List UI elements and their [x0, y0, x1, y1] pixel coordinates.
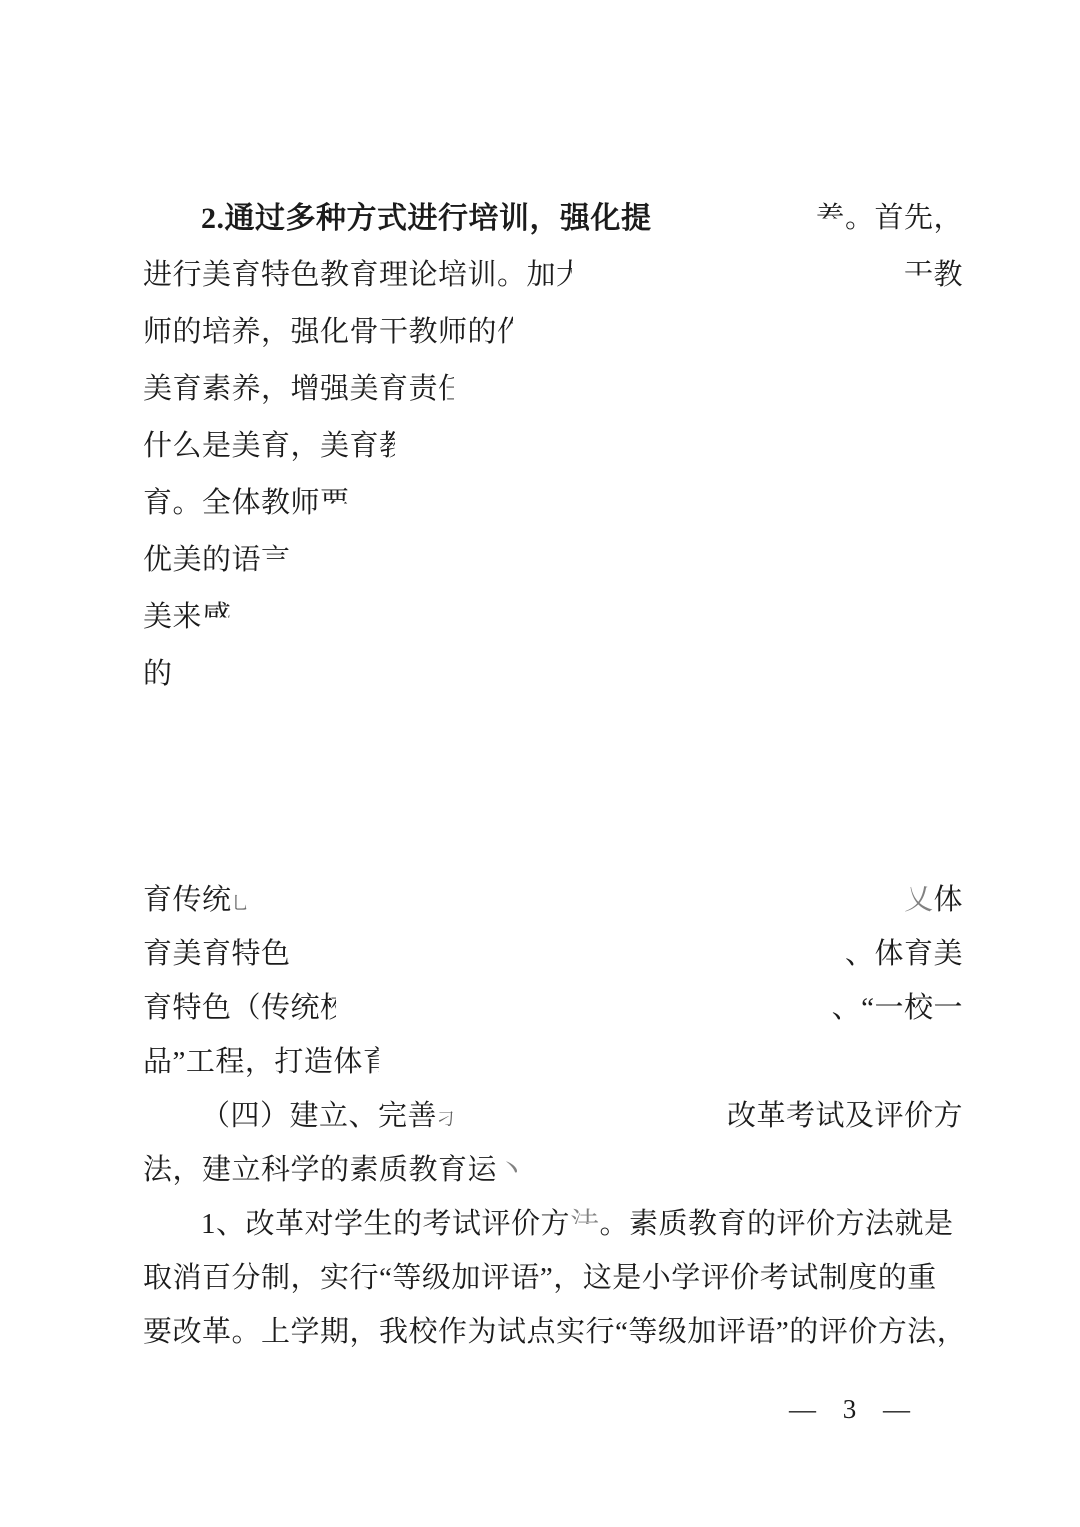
glyph-run: 美来 — [143, 589, 202, 646]
text-line: 美育素养，增强美育责任 — [143, 361, 963, 418]
glyph-run: 乂 — [904, 873, 934, 927]
text-line: 1、改革对学生的考试评价方法。素质教育的评价方法就是 — [143, 1197, 963, 1251]
glyph-run: 美育素养，增强美育责 — [143, 361, 438, 418]
glyph-run: 乚 — [232, 876, 250, 930]
glyph-run: 作 — [497, 304, 527, 361]
page-number: — 3 — — [0, 1389, 1080, 1429]
glyph-run: 言 — [261, 532, 291, 589]
line-left-run: 2.通过多种方式进行培训，强化提 — [143, 190, 652, 248]
glyph-run: 、体育美 — [845, 927, 963, 981]
line-right-run: 乂体 — [904, 873, 963, 927]
glyph-run: 品”工程，打造体 — [143, 1035, 363, 1089]
glyph-run: 育传统 — [143, 873, 232, 927]
text-line: （四）建立、完善刁改革考试及评价方 — [143, 1089, 963, 1143]
text-line: 育。全体教师要 — [143, 475, 963, 532]
line-left-run: 法，建立科学的素质教育运丶 — [143, 1143, 527, 1197]
line-left-run: 美来感 — [143, 589, 232, 646]
glyph-run: 、“一校一 — [832, 981, 963, 1035]
glyph-run: 育。全体教师 — [143, 475, 320, 532]
glyph-run: 的 — [143, 646, 173, 703]
line-right-run: 养。首先， — [815, 190, 963, 247]
glyph-run: 教 — [379, 418, 409, 475]
glyph-run: 育美育特色 — [143, 927, 291, 981]
line-left-run: 1、改革对学生的考试评价方法。素质教育的评价方法就是 — [143, 1197, 954, 1251]
glyph-run: 育 — [363, 1035, 393, 1089]
paragraph-block-training: 2.通过多种方式进行培训，强化提养。首先，进行美育特色教育理论培训。加大干教师的… — [143, 190, 963, 703]
glyph-run: 改革考试及评价方 — [727, 1089, 963, 1143]
glyph-run: 要改革。上学期，我校作为试点实行“等级加评语”的评价方法， — [143, 1305, 966, 1359]
line-left-run: 育特色（传统校 — [143, 981, 350, 1035]
line-left-run: （四）建立、完善刁 — [143, 1089, 455, 1146]
glyph-run: 什么是美育，美育 — [143, 418, 379, 475]
glyph-run: 育特色（传统 — [143, 981, 320, 1035]
line-left-run: 什么是美育，美育教 — [143, 418, 409, 475]
glyph-run: 任 — [438, 361, 468, 418]
glyph-run: 。首先， — [845, 190, 963, 247]
glyph-run: 1、改革对学生的考试评价方 — [201, 1197, 570, 1251]
glyph-run: 大 — [556, 247, 586, 304]
glyph-run: 取消百分制，实行“等级加评语”，这是小学评价考试制度的重 — [143, 1251, 937, 1305]
document-page: 2.通过多种方式进行培训，强化提养。首先，进行美育特色教育理论培训。加大干教师的… — [0, 0, 1080, 1527]
glyph-run: 要 — [320, 475, 350, 532]
line-right-run: 改革考试及评价方 — [727, 1089, 963, 1143]
text-line: 优美的语言 — [143, 532, 963, 589]
text-line: 育特色（传统校、“一校一 — [143, 981, 963, 1035]
glyph-run: 养 — [815, 190, 845, 247]
glyph-run: 干 — [904, 247, 934, 304]
line-left-run: 育。全体教师要 — [143, 475, 350, 532]
paragraph-block-evaluation: 育传统乚乂体育美育特色、体育美育特色（传统校、“一校一品”工程，打造体育（四）建… — [143, 873, 963, 1359]
text-line: 法，建立科学的素质教育运丶 — [143, 1143, 963, 1197]
glyph-run: 进行美育特色教育理论培训。加 — [143, 247, 556, 304]
glyph-run: 体 — [933, 873, 963, 927]
glyph-run: 法 — [570, 1197, 600, 1251]
glyph-run: 法，建立科学的素质教育运 — [143, 1143, 497, 1197]
text-line: 取消百分制，实行“等级加评语”，这是小学评价考试制度的重 — [143, 1251, 963, 1305]
line-left-run: 育传统乚 — [143, 873, 249, 930]
glyph-run: 校 — [320, 981, 350, 1035]
text-line: 进行美育特色教育理论培训。加大干教 — [143, 247, 963, 304]
line-left-run: 取消百分制，实行“等级加评语”，这是小学评价考试制度的重 — [143, 1251, 937, 1305]
line-left-run: 育美育特色 — [143, 927, 291, 981]
glyph-run: 感 — [202, 589, 232, 646]
line-left-run: 品”工程，打造体育 — [143, 1035, 392, 1089]
glyph-run: 优美的语 — [143, 532, 261, 589]
text-line: 什么是美育，美育教 — [143, 418, 963, 475]
glyph-run: 刁 — [437, 1092, 455, 1146]
glyph-run: 。素质教育的评价方法就是 — [600, 1197, 954, 1251]
glyph-run: 教 — [933, 247, 963, 304]
line-left-run: 美育素养，增强美育责任 — [143, 361, 468, 418]
line-left-run: 优美的语言 — [143, 532, 291, 589]
glyph-run: 2.通过多种方式进行培训，强化提 — [201, 190, 652, 247]
line-right-run: 、体育美 — [845, 927, 963, 981]
text-line: 育美育特色、体育美 — [143, 927, 963, 981]
line-left-run: 的 — [143, 646, 173, 703]
text-line: 育传统乚乂体 — [143, 873, 963, 927]
line-left-run: 进行美育特色教育理论培训。加大 — [143, 247, 586, 304]
line-right-run: 干教 — [904, 247, 963, 304]
glyph-run: 丶 — [497, 1143, 527, 1197]
text-line: 2.通过多种方式进行培训，强化提养。首先， — [143, 190, 963, 247]
page-content: 2.通过多种方式进行培训，强化提养。首先，进行美育特色教育理论培训。加大干教师的… — [143, 190, 963, 1359]
text-line: 品”工程，打造体育 — [143, 1035, 963, 1089]
text-line: 要改革。上学期，我校作为试点实行“等级加评语”的评价方法， — [143, 1305, 963, 1359]
line-left-run: 师的培养，强化骨干教师的作 — [143, 304, 527, 361]
line-left-run: 要改革。上学期，我校作为试点实行“等级加评语”的评价方法， — [143, 1305, 966, 1359]
text-line: 的 — [143, 646, 963, 703]
text-line: 师的培养，强化骨干教师的作 — [143, 304, 963, 361]
line-right-run: 、“一校一 — [832, 981, 963, 1035]
text-line: 美来感 — [143, 589, 963, 646]
glyph-run: （四）建立、完善 — [201, 1089, 437, 1143]
glyph-run: 师的培养，强化骨干教师的 — [143, 304, 497, 361]
